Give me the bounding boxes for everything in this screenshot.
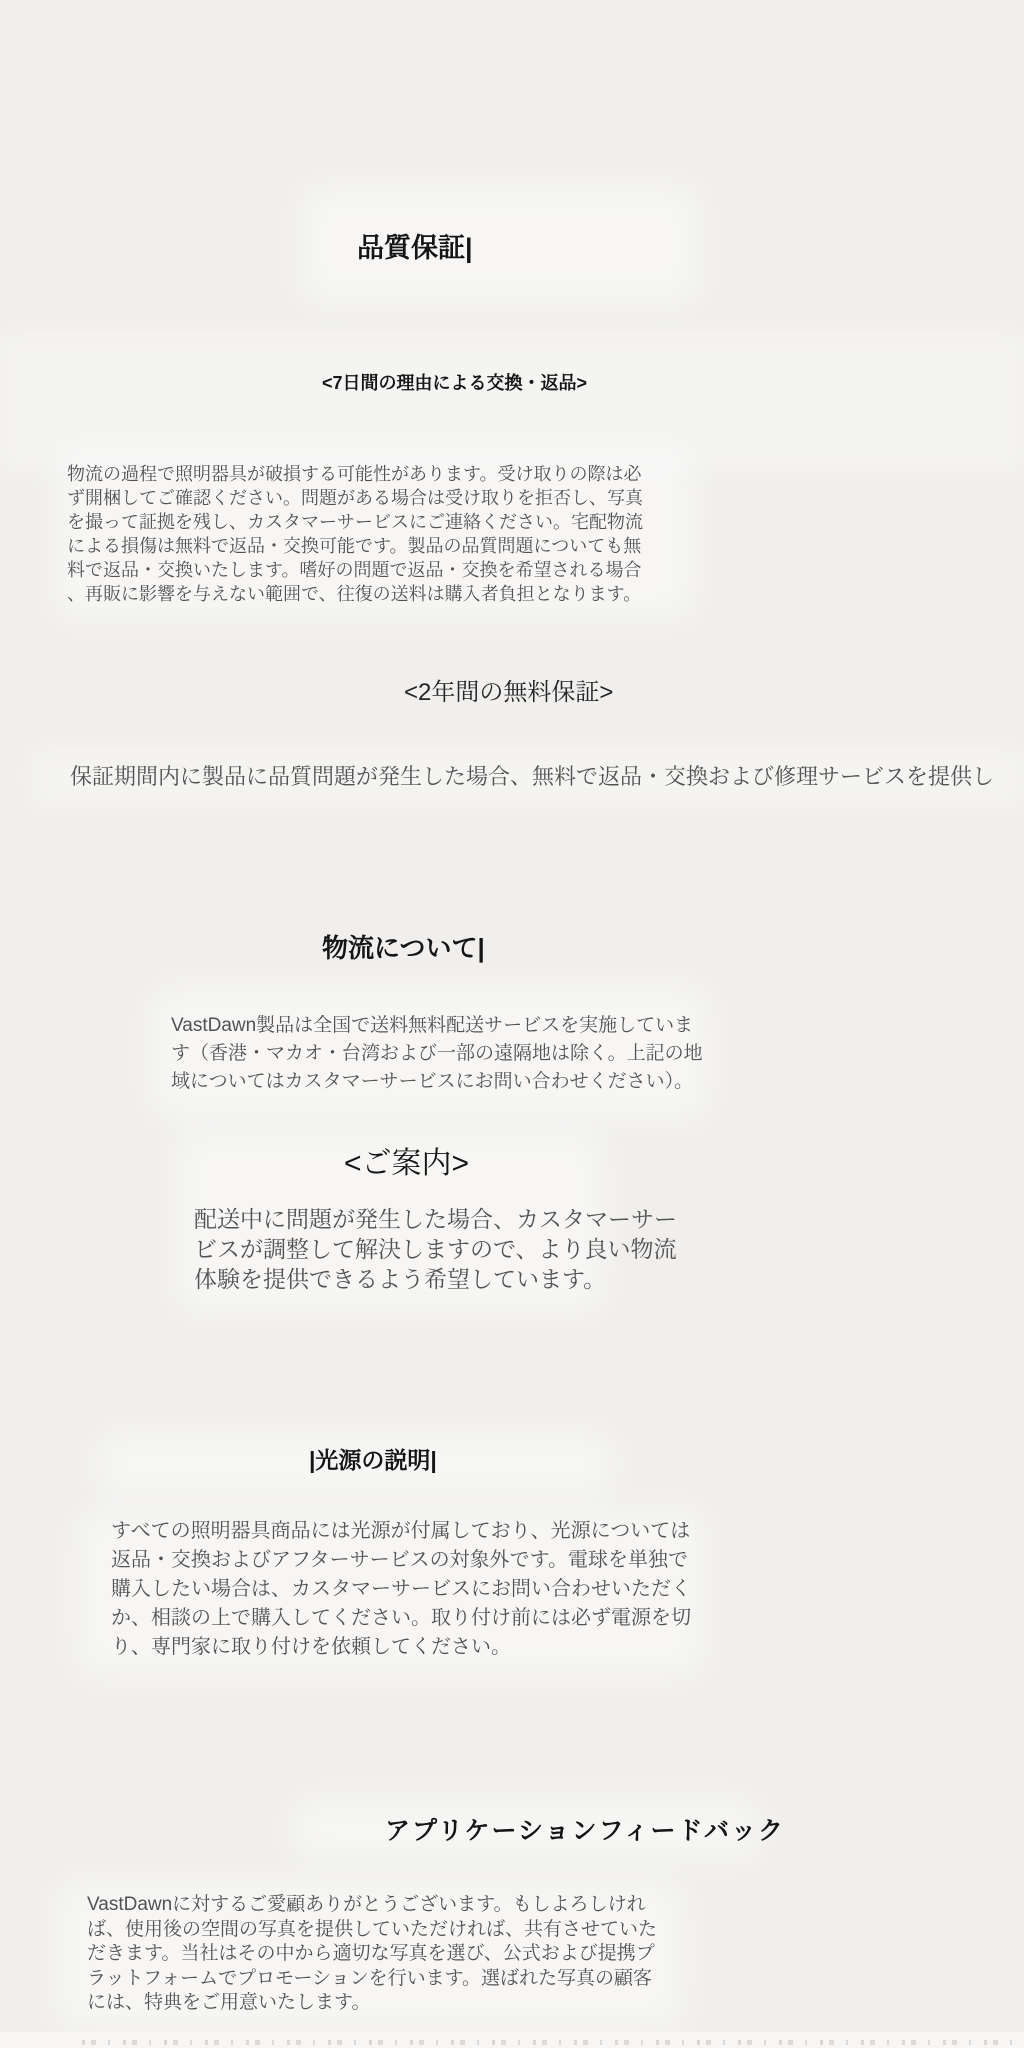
light-source-section-title: |光源の説明| — [309, 1442, 437, 1475]
notice-heading: <ご案内> — [344, 1138, 469, 1182]
feedback-section-title: アプリケーションフィードバック — [385, 1811, 785, 1847]
light-source-paragraph: すべての照明器具商品には光源が付属しており、光源については返品・交換およびアフタ… — [111, 1517, 701, 1662]
feedback-paragraph: VastDawnに対するご愛顧ありがとうございます。もしよろしければ、使用後の空… — [87, 1893, 659, 2016]
two-year-warranty-heading: <2年間の無料保証> — [404, 672, 613, 707]
notice-paragraph: 配送中に問題が発生した場合、カスタマーサービスが調整して解決しますので、より良い… — [194, 1204, 686, 1294]
quality-section-title: 品質保証| — [357, 226, 473, 265]
background-band — [0, 332, 1024, 472]
seven-day-return-heading: <7日間の理由による交換・返品> — [322, 369, 587, 395]
product-description-page: 品質保証| <7日間の理由による交換・返品> 物流の過程で照明器具が破損する可能… — [0, 0, 1024, 2048]
logistics-section-title: 物流について| — [322, 928, 485, 965]
logistics-paragraph: VastDawn製品は全国で送料無料配送サービスを実施しています（香港・マカオ・… — [171, 1012, 705, 1096]
seven-day-return-paragraph: 物流の過程で照明器具が破損する可能性があります。受け取りの際は必ず開梱してご確認… — [67, 462, 657, 606]
two-year-warranty-paragraph: 保証期間内に製品に品質問題が発生した場合、無料で返品・交換および修理サービスを提… — [70, 760, 994, 791]
cutoff-text-line — [82, 2040, 1022, 2045]
